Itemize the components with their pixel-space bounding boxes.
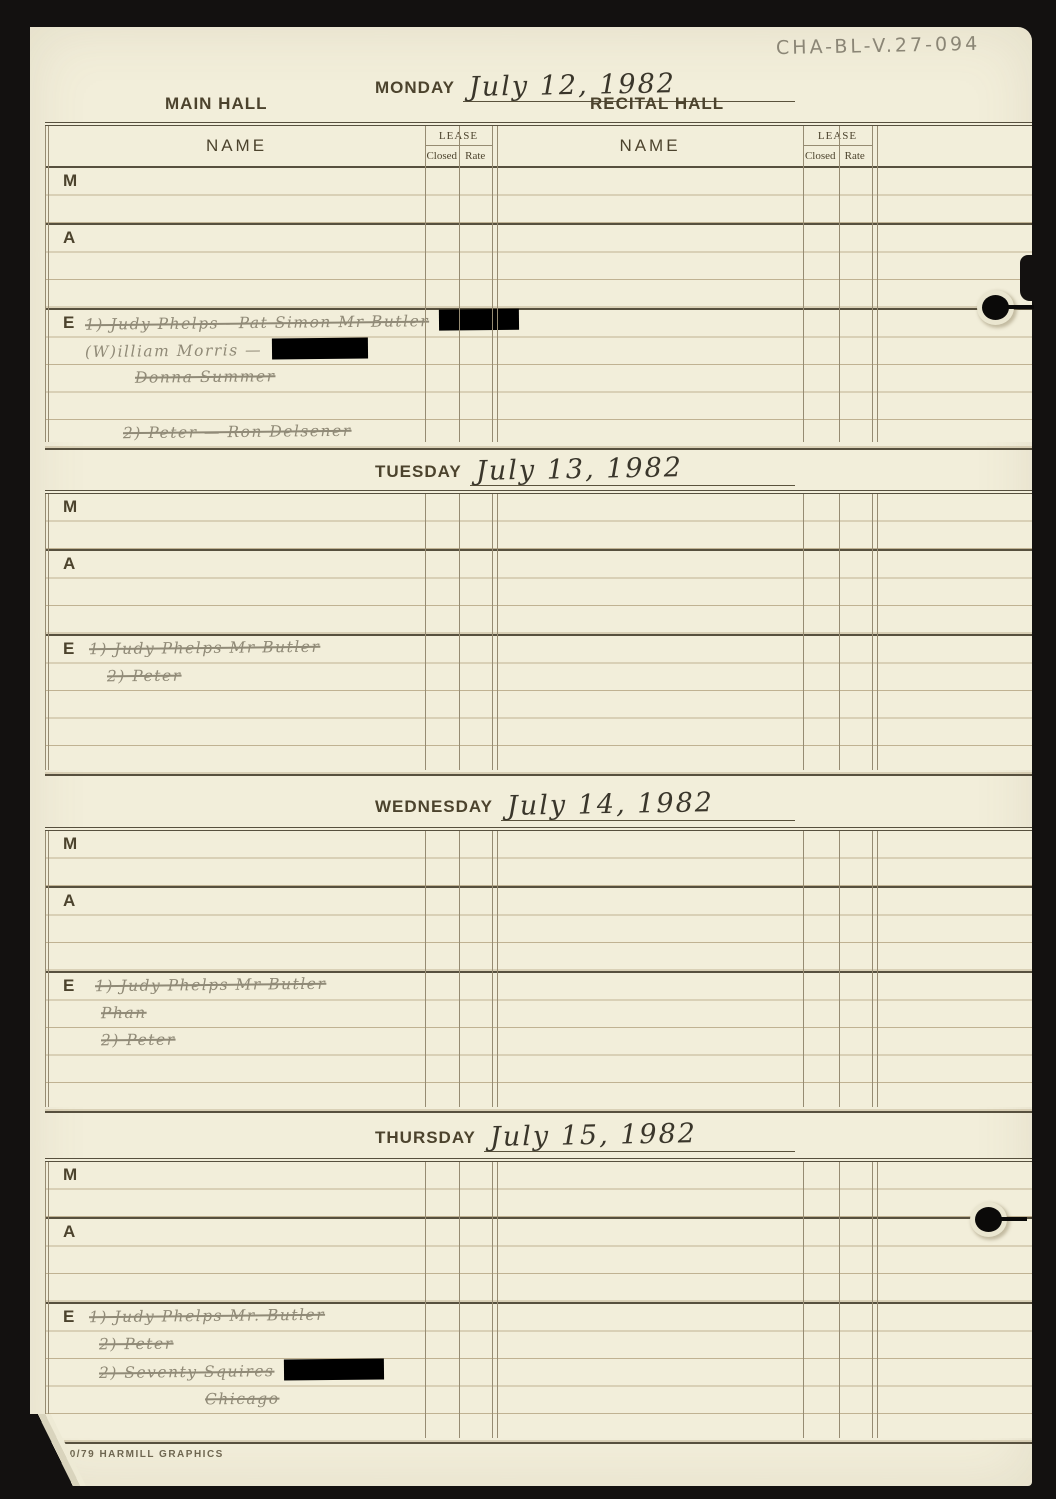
morning-section: M	[45, 494, 1032, 551]
lease-sub-labels: ClosedRate	[803, 146, 872, 166]
afternoon-row-label: A	[63, 891, 75, 911]
evening-row-label: E	[63, 313, 74, 333]
closed-label: Closed	[803, 146, 838, 166]
closed-label: Closed	[425, 146, 459, 166]
lease-label: LEASE	[803, 126, 872, 146]
evening-entry: Donna Summer	[135, 367, 276, 386]
date-rule-line: July 15, 1982	[484, 1120, 795, 1152]
folded-corner	[30, 1414, 88, 1486]
evening-entry: 1) Judy Phelps Mr Butler	[95, 975, 327, 995]
date-rule-line: July 14, 1982	[501, 789, 795, 821]
evening-row-label: E	[63, 976, 74, 996]
handwritten-date: July 13, 1982	[475, 452, 682, 487]
lease-label: LEASE	[425, 126, 492, 146]
rate-label: Rate	[459, 146, 493, 166]
booking-table: MAE1) Judy Phelps Mr. Butler2) Peter2) S…	[45, 1158, 1032, 1438]
date-rule-line: July 13, 1982	[470, 454, 795, 486]
paper-edge-tear	[1020, 255, 1036, 301]
evening-entry: Chicago	[205, 1389, 280, 1408]
punch-hole-tear	[1006, 305, 1034, 309]
recital-hall-label: RECITAL HALL	[590, 94, 724, 114]
redaction-box	[439, 309, 519, 331]
name-column-header: NAME	[497, 126, 803, 166]
morning-row-label: M	[63, 497, 77, 517]
lease-sub-labels: ClosedRate	[425, 146, 492, 166]
afternoon-row-label: A	[63, 228, 75, 248]
evening-entry: 2) Peter — Ron Delsener	[123, 422, 352, 442]
day-name: TUESDAY	[375, 462, 470, 482]
afternoon-section: A	[45, 1219, 1032, 1304]
evening-section: E1) Judy Phelps Mr Butler2) Peter	[45, 636, 1032, 776]
ledger-page: CHA-BL-V.27-094 MONDAYJuly 12, 1982MAIN …	[30, 27, 1032, 1486]
catalog-number: CHA-BL-V.27-094	[776, 33, 981, 59]
evening-entry: 1) Judy Phelps Mr Butler	[89, 638, 321, 658]
afternoon-row-label: A	[63, 1222, 75, 1242]
evening-section: E1) Judy Phelps - Pat Simon Mr Butler(W)…	[45, 310, 1032, 450]
booking-table: MAE1) Judy Phelps Mr Butler2) Peter	[45, 490, 1032, 770]
table-header-row: NAMENAMELEASEClosedRateLEASEClosedRate	[45, 126, 1032, 168]
day-name: WEDNESDAY	[375, 797, 501, 817]
day-title-row: WEDNESDAYJuly 14, 1982	[375, 787, 795, 817]
morning-section: M	[45, 831, 1032, 888]
afternoon-section: A	[45, 225, 1032, 310]
morning-row-label: M	[63, 171, 77, 191]
lease-column-header: LEASEClosedRate	[425, 126, 492, 166]
name-column-header: NAME	[48, 126, 425, 166]
handwritten-date: July 15, 1982	[490, 1118, 697, 1153]
afternoon-row-label: A	[63, 554, 75, 574]
redaction-box	[272, 337, 368, 359]
day-title-row: TUESDAYJuly 13, 1982	[375, 452, 795, 482]
rate-label: Rate	[838, 146, 873, 166]
hall-labels: MAIN HALLRECITAL HALL	[45, 94, 1032, 116]
booking-table: NAMENAMELEASEClosedRateLEASEClosedRateMA…	[45, 122, 1032, 442]
booking-table: MAE1) Judy Phelps Mr ButlerPhan2) Peter	[45, 827, 1032, 1107]
evening-section: E1) Judy Phelps Mr ButlerPhan2) Peter	[45, 973, 1032, 1113]
evening-entry: Phan	[101, 1003, 147, 1021]
afternoon-section: A	[45, 888, 1032, 973]
evening-entry: 2) Peter	[101, 1031, 176, 1050]
punch-hole-icon	[982, 295, 1009, 320]
handwritten-date: July 14, 1982	[507, 787, 714, 822]
evening-row-label: E	[63, 1307, 74, 1327]
redaction-box	[284, 1359, 384, 1381]
day-name: THURSDAY	[375, 1128, 484, 1148]
afternoon-section: A	[45, 551, 1032, 636]
evening-entry: 2) Peter	[99, 1334, 174, 1353]
day-title-row: THURSDAYJuly 15, 1982	[375, 1118, 795, 1148]
evening-section: E1) Judy Phelps Mr. Butler2) Peter2) Sev…	[45, 1304, 1032, 1444]
evening-entry: 2) Peter	[107, 666, 182, 685]
morning-row-label: M	[63, 834, 77, 854]
evening-row-label: E	[63, 639, 74, 659]
morning-row-label: M	[63, 1165, 77, 1185]
evening-entry: 1) Judy Phelps Mr. Butler	[89, 1306, 325, 1326]
morning-section: M	[45, 1162, 1032, 1219]
morning-section: M	[45, 168, 1032, 225]
punch-hole-icon	[975, 1207, 1002, 1232]
lease-column-header: LEASEClosedRate	[803, 126, 872, 166]
evening-entry: 1) Judy Phelps - Pat Simon Mr Butler	[85, 311, 519, 337]
evening-entry: (W)illiam Morris —	[85, 339, 368, 363]
evening-entry: 2) Seventy Squires	[99, 1361, 385, 1385]
punch-hole-tear	[999, 1217, 1027, 1221]
main-hall-label: MAIN HALL	[165, 94, 267, 114]
